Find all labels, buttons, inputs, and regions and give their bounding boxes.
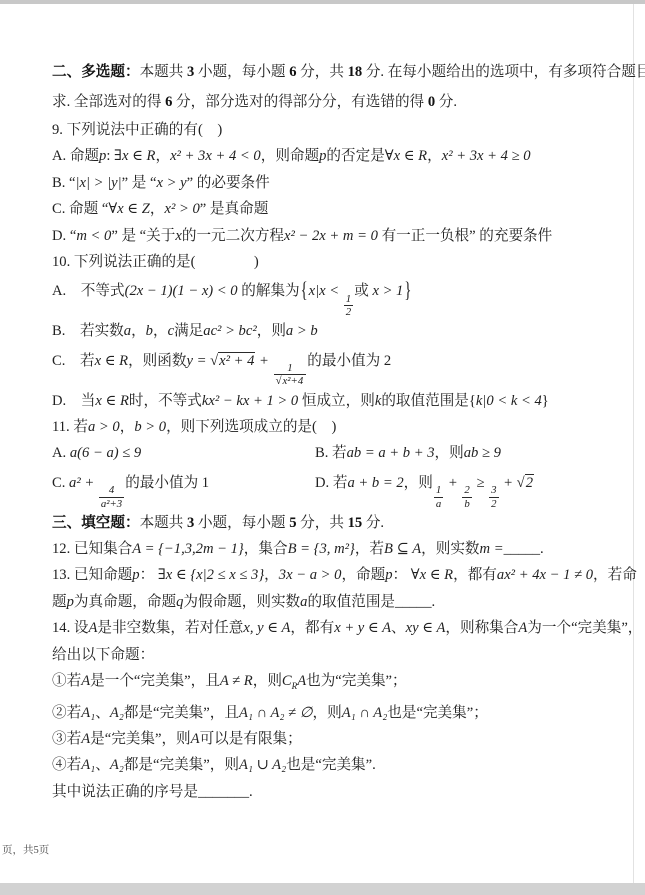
q13-line2: 题p为真命题，命题q为假命题，则实数a的取值范围是_____. <box>52 589 612 615</box>
q14-line1: 14. 设A是非空数集，若对任意x, y ∈ A，都有x + y ∈ A、xy … <box>52 615 612 641</box>
q9-option-a: A. 命题p: ∃x ∈ R，x² + 3x + 4 < 0，则命题p的否定是∀… <box>52 143 612 169</box>
q14-conclusion: 其中说法正确的序号是_______. <box>52 779 612 805</box>
q9-option-d: D. “m < 0” 是 “关于x的一元二次方程x² − 2x + m = 0 … <box>52 223 612 249</box>
q9-stem: 9. 下列说法中正确的有( ) <box>52 117 612 143</box>
exam-page-content: 二、多选题：本题共 3 小题，每小题 6 分，共 18 分. 在每小题给出的选项… <box>52 57 612 805</box>
q12: 12. 已知集合A = {−1,3,2m − 1}，集合B = {3, m²}，… <box>52 536 612 562</box>
multi-choice-section-header-line2: 求. 全部选对的得 6 分，部分选对的得部分分，有选错的得 0 分. <box>52 87 612 117</box>
q10-option-b: B. 若实数a，b，c满足ac² > bc²，则a > b <box>52 318 612 344</box>
q10-option-d: D. 当x ∈ R时，不等式kx² − kx + 1 > 0 恒成立，则k的取值… <box>52 388 612 414</box>
page-right-edge <box>633 4 634 883</box>
page-number-footer: 页，共5页 <box>2 842 49 857</box>
fill-blank-section-header: 三、填空题：本题共 3 小题，每小题 5 分，共 15 分. <box>52 510 612 536</box>
q10-option-a: A. 不等式(2x − 1)(1 − x) < 0 的解集为{x|x < 12或… <box>52 275 612 318</box>
q9-option-c: C. 命题 “∀x ∈ Z，x² > 0” 是真命题 <box>52 196 612 222</box>
q9-option-b: B. “|x| > |y|” 是 “x > y” 的必要条件 <box>52 170 612 196</box>
q14-item-2: ②若A₁、A₂都是“完美集”，且A₁ ∩ A₂ ≠ ∅，则A₁ ∩ A₂也是“完… <box>52 700 612 726</box>
q11-stem: 11. 若a > 0，b > 0，则下列选项成立的是( ) <box>52 414 612 440</box>
q14-item-3: ③若A是“完美集”，则A可以是有限集； <box>52 726 612 752</box>
q13-line1: 13. 已知命题p： ∃x ∈ {x|2 ≤ x ≤ 3}，3x − a > 0… <box>52 562 612 588</box>
q11-options-row-ab: A. a(6 − a) ≤ 9B. 若ab = a + b + 3，则ab ≥ … <box>52 440 612 466</box>
q10-stem: 10. 下列说法正确的是( ) <box>52 249 612 275</box>
q11-options-row-cd: C. a² + 4a²+3的最小值为 1D. 若a + b = 2，则1a + … <box>52 467 612 510</box>
viewer-bottom-bar <box>0 883 645 895</box>
q14-line2: 给出以下命题： <box>52 642 612 668</box>
q14-item-1: ①若A是一个“完美集”，且A ≠ R，则CRA也为“完美集”； <box>52 668 612 699</box>
viewer-top-bar <box>0 0 645 4</box>
q10-option-c: C. 若x ∈ R，则函数y = √x² + 4 + 1√x²+4的最小值为 2 <box>52 345 612 388</box>
q14-item-4: ④若A₁、A₂都是“完美集”，则A₁ ∪ A₂也是“完美集”. <box>52 752 612 778</box>
multi-choice-section-header-line1: 二、多选题：本题共 3 小题，每小题 6 分，共 18 分. 在每小题给出的选项… <box>52 57 612 87</box>
